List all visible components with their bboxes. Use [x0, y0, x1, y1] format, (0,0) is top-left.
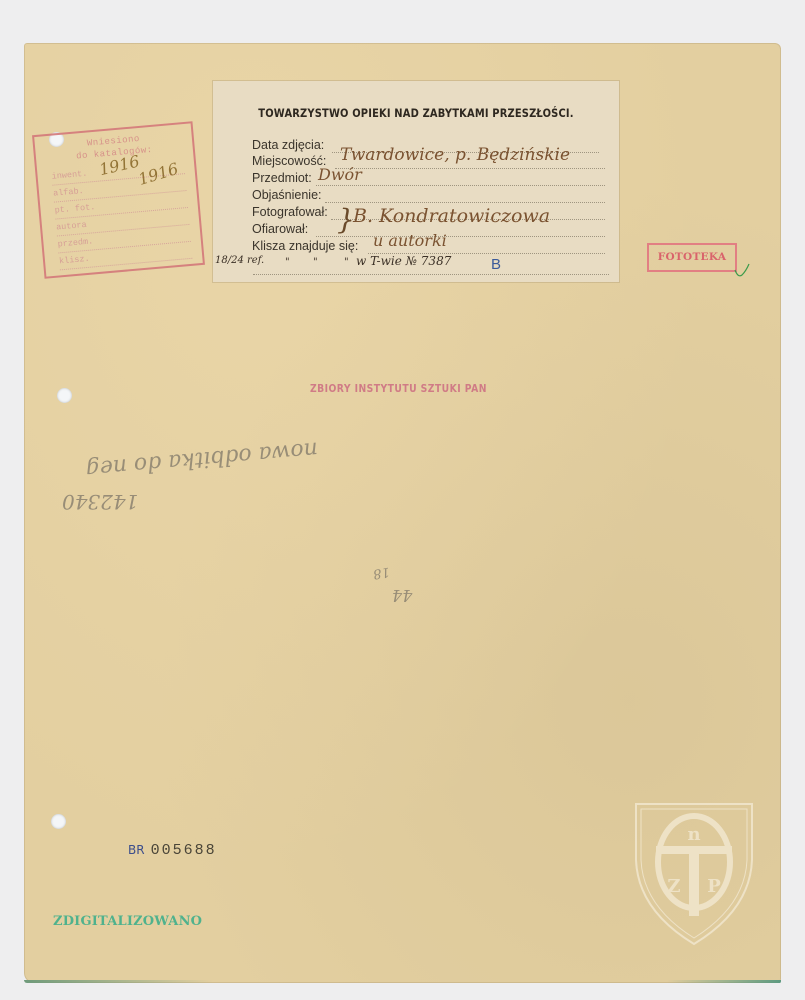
field-donor-label: Ofiarował:	[252, 222, 308, 236]
field-photographer-label: Fotografował:	[252, 205, 328, 219]
pencil-note-44: 44	[392, 586, 412, 605]
field-photographer-value: B. Kondratowiczowa	[353, 205, 550, 227]
punch-hole-bottom	[51, 814, 66, 829]
check-mark-icon	[733, 262, 753, 282]
society-emblem-watermark-icon: n Z P	[632, 800, 756, 948]
ditto-archive-number: w T-wie № 7387	[356, 254, 451, 268]
ditto-suffix: B	[491, 256, 501, 273]
inventory-digits: 005688	[151, 842, 217, 859]
ditto-mark-1: "	[285, 257, 290, 268]
svg-text:P: P	[707, 876, 721, 897]
field-donor-line	[316, 236, 605, 237]
label-title: TOWARZYSTWO OPIEKI NAD ZABYTKAMI PRZESZŁ…	[241, 106, 590, 120]
field-negative-location-label: Klisza znajduje się:	[252, 239, 358, 253]
pencil-note-18: 18	[372, 564, 391, 582]
field-explanation-label: Objaśnienie:	[252, 188, 322, 202]
field-location-line	[335, 168, 605, 169]
field-subject-label: Przedmiot:	[252, 171, 312, 185]
digitalized-stamp: ZDIGITALIZOWANO	[53, 914, 202, 929]
field-subject-value: Dwór	[318, 165, 362, 184]
catalog-stamp: Wniesiono do katalogów: inwent. alfab. p…	[32, 121, 205, 278]
svg-text:Z: Z	[667, 876, 680, 897]
pencil-note-number: 142340	[62, 490, 138, 514]
inventory-number: BR005688	[128, 842, 217, 859]
inventory-prefix: BR	[128, 843, 145, 857]
svg-text:n: n	[687, 824, 700, 845]
field-location-label: Miejscowość:	[252, 154, 326, 168]
punch-hole-middle	[57, 388, 72, 403]
ditto-line	[253, 274, 609, 275]
field-location-value: Twardowice, p. Będzińskie	[340, 145, 570, 165]
field-subject-line	[316, 185, 605, 186]
field-explanation-line	[325, 202, 605, 203]
field-photo-date-label: Data zdjęcia:	[252, 138, 324, 152]
fototeka-stamp: FOTOTEKA	[647, 243, 737, 272]
society-label: TOWARZYSTWO OPIEKI NAD ZABYTKAMI PRZESZŁ…	[213, 81, 619, 282]
ditto-mark-2: "	[313, 257, 318, 268]
institute-stamp: ZBIORY INSTYTUTU SZTUKI PAN	[310, 383, 487, 395]
ditto-prefix: 18/24 ref.	[215, 255, 264, 266]
ditto-mark-3: "	[344, 257, 349, 268]
field-negative-location-value: u autorki	[373, 231, 447, 250]
